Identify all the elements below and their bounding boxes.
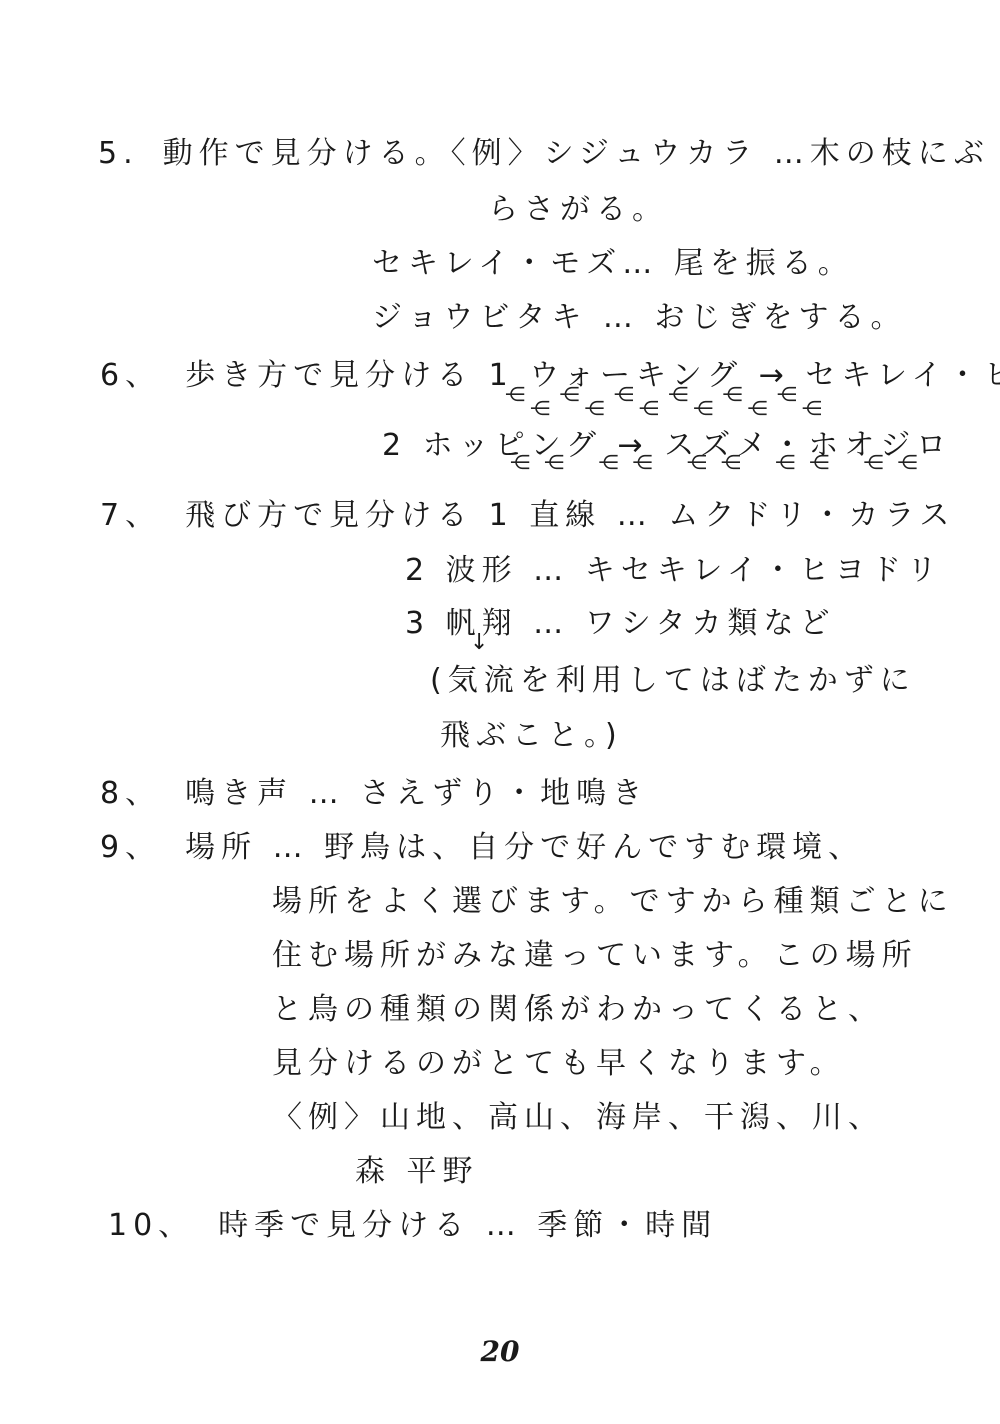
down-arrow-icon: ↓ [470,630,488,655]
item-9-line-6: 〈例〉山地、高山、海岸、干潟、川、 [272,1092,884,1136]
item-number: 10、 [108,1200,194,1244]
item-7-line-4: (気流を利用してはばたかずに [430,655,916,699]
item-7-line-5: 飛ぶこと。) [440,710,623,754]
item-5-line-4: ジョウビタキ … おじぎをする。 [372,292,906,336]
item-7-line-2: 2 波形 … キセキレイ・ヒヨドリ [405,545,943,589]
item-9-line-4: と鳥の種類の関係がわかってくると、 [272,984,884,1028]
item-9-line-5: 見分けるのがとても早くなります。 [272,1038,846,1082]
item-10-line-1: 10、時季で見分ける … 季節・時間 [108,1200,717,1244]
walking-footprints-icon-2: ⋲ ⋲ ⋲ ⋲ ⋲ ⋲ [530,396,836,420]
page-number: 20 [0,1335,1000,1368]
item-5-line-1: 5.動作で見分ける。〈例〉シジュウカラ …木の枝にぶ [98,128,990,172]
item-number: 9、 [100,822,161,866]
item-5-line-3: セキレイ・モズ… 尾を振る。 [372,238,854,282]
item-7-line-1: 7、飛び方で見分ける 1 直線 … ムクドリ・カラス [100,490,955,534]
item-9-line-3: 住む場所がみな違っています。この場所 [272,930,918,974]
item-8-line-1: 8、鳴き声 … さえずり・地鳴き [100,768,648,812]
item-number: 7、 [100,490,161,534]
item-5-line-2: らさがる。 [488,184,668,228]
item-number: 5. [98,136,139,171]
item-number: 6、 [100,350,161,394]
item-9-line-2: 場所をよく選びます。ですから種類ごとに [272,876,954,920]
item-9-line-1: 9、場所 … 野鳥は、自分で好んですむ環境、 [100,822,864,866]
hopping-footprints-icon: ⋲⋲ ⋲⋲ ⋲⋲ ⋲⋲ ⋲⋲ [510,450,931,474]
item-9-line-7: 森 平野 [355,1146,479,1190]
item-number: 8、 [100,768,161,812]
